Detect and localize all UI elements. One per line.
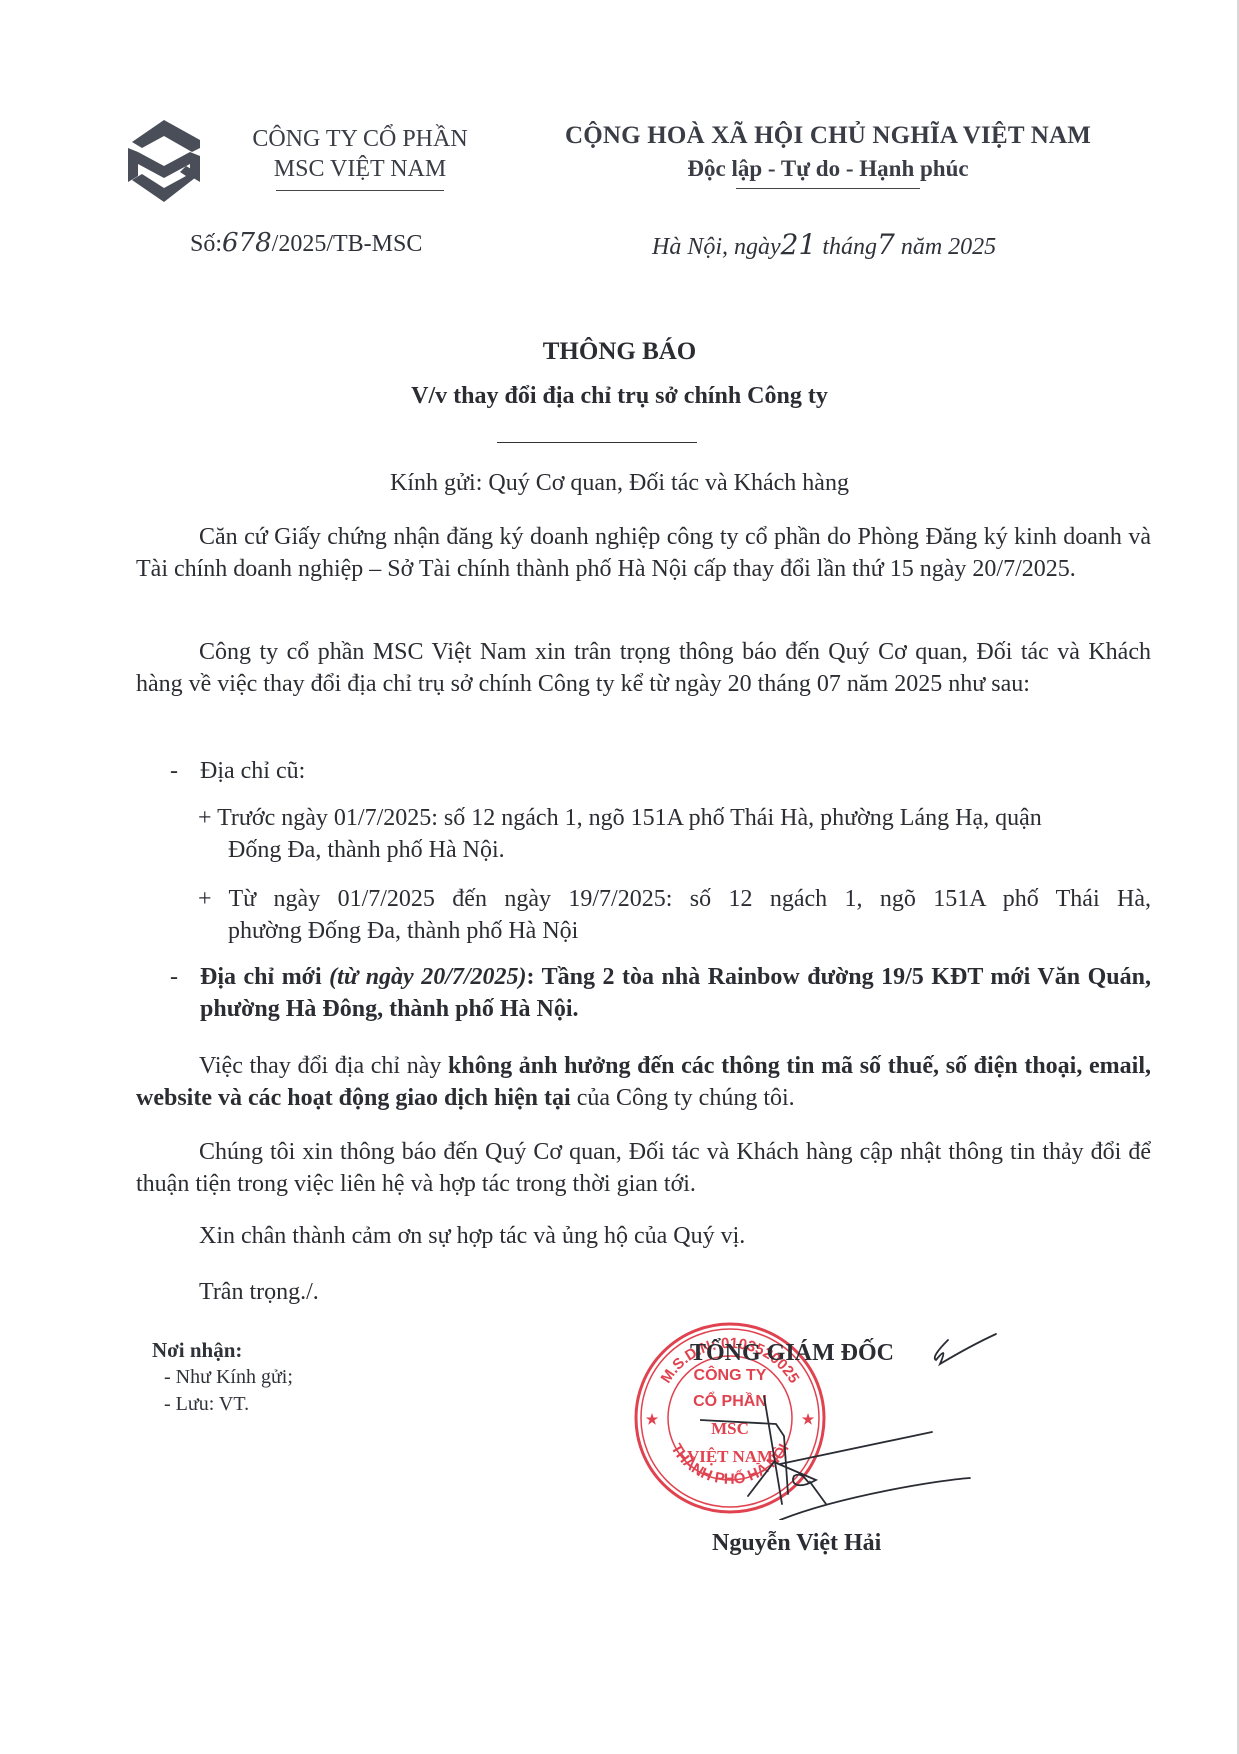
paragraph-update-request: Chúng tôi xin thông báo đến Quý Cơ quan,…	[136, 1136, 1151, 1200]
old-address-1-line-2: Đống Đa, thành phố Hà Nội.	[198, 834, 1151, 866]
new-address-date: (từ ngày 20/7/2025)	[329, 964, 526, 990]
bullet-dash: -	[170, 961, 178, 993]
paragraph-announcement: Công ty cổ phần MSC Việt Nam xin trân tr…	[136, 636, 1151, 700]
paragraph-legal-basis: Căn cứ Giấy chứng nhận đăng ký doanh ngh…	[136, 521, 1151, 585]
doc-number-prefix: Số:	[190, 231, 222, 257]
recipients-block: Nơi nhận: - Như Kính gửi; - Lưu: VT.	[152, 1337, 293, 1418]
nation-motto: Độc lập - Tự do - Hạnh phúc	[548, 156, 1108, 182]
recipients-heading: Nơi nhận:	[152, 1337, 293, 1364]
old-address-label: Địa chỉ cũ:	[200, 755, 305, 787]
company-line-1: CÔNG TY CỔ PHẦN	[215, 124, 505, 154]
closing: Trân trọng./.	[136, 1276, 1214, 1308]
company-underline	[276, 190, 444, 191]
issue-date: Hà Nội, ngày21 tháng7 năm 2025	[652, 228, 996, 261]
recipient-line: Kính gửi: Quý Cơ quan, Đối tác và Khách …	[0, 470, 1239, 497]
paragraph-no-impact: Việc thay đổi địa chỉ này không ảnh hưởn…	[136, 1050, 1151, 1114]
date-year: năm 2025	[901, 234, 996, 260]
motto-underline	[736, 188, 920, 189]
national-header: CỘNG HOÀ XÃ HỘI CHỦ NGHĨA VIỆT NAM Độc l…	[548, 122, 1108, 189]
doc-number-suffix: /2025/TB-MSC	[272, 231, 423, 257]
recipient-item: - Lưu: VT.	[152, 1391, 293, 1418]
svg-text:★: ★	[646, 1411, 659, 1427]
date-day: 21	[781, 228, 817, 261]
paragraph-thanks: Xin chân thành cảm ơn sự hợp tác và ủng …	[136, 1220, 1214, 1252]
document-number: Số:678/2025/TB-MSC	[190, 228, 422, 258]
recipient-item: - Như Kính gửi;	[152, 1364, 293, 1391]
new-address: Địa chỉ mới (từ ngày 20/7/2025): Tầng 2 …	[200, 961, 1151, 1025]
old-address-2-line-2: phường Đống Đa, thành phố Hà Nội	[198, 915, 1151, 947]
date-month-label: tháng	[822, 234, 877, 260]
document-subject: V/v thay đổi địa chỉ trụ sở chính Công t…	[0, 383, 1239, 410]
old-address-item: + Từ ngày 01/7/2025 đến ngày 19/7/2025: …	[198, 883, 1151, 947]
old-address-2-line-1: + Từ ngày 01/7/2025 đến ngày 19/7/2025: …	[198, 883, 1151, 915]
company-line-2: MSC VIỆT NAM	[215, 154, 505, 184]
msc-logo-icon	[124, 118, 204, 204]
signature-icon	[700, 1320, 1000, 1520]
doc-number-handwritten: 678	[222, 228, 272, 258]
no-impact-post: của Công ty chúng tôi.	[571, 1085, 795, 1111]
company-name: CÔNG TY CỔ PHẦN MSC VIỆT NAM	[215, 124, 505, 191]
date-month: 7	[877, 228, 895, 261]
old-address-item: + Trước ngày 01/7/2025: số 12 ngách 1, n…	[198, 802, 1151, 866]
signer-name: Nguyễn Việt Hải	[712, 1530, 881, 1557]
date-prefix: Hà Nội, ngày	[652, 234, 781, 260]
new-address-label: Địa chỉ mới	[200, 964, 329, 990]
old-address-1-line-1: + Trước ngày 01/7/2025: số 12 ngách 1, n…	[198, 802, 1151, 834]
bullet-dash: -	[170, 755, 178, 787]
no-impact-pre: Việc thay đổi địa chỉ này	[199, 1053, 448, 1079]
nation-name: CỘNG HOÀ XÃ HỘI CHỦ NGHĨA VIỆT NAM	[548, 122, 1108, 150]
title-divider	[497, 442, 697, 443]
document-title: THÔNG BÁO	[0, 338, 1239, 366]
